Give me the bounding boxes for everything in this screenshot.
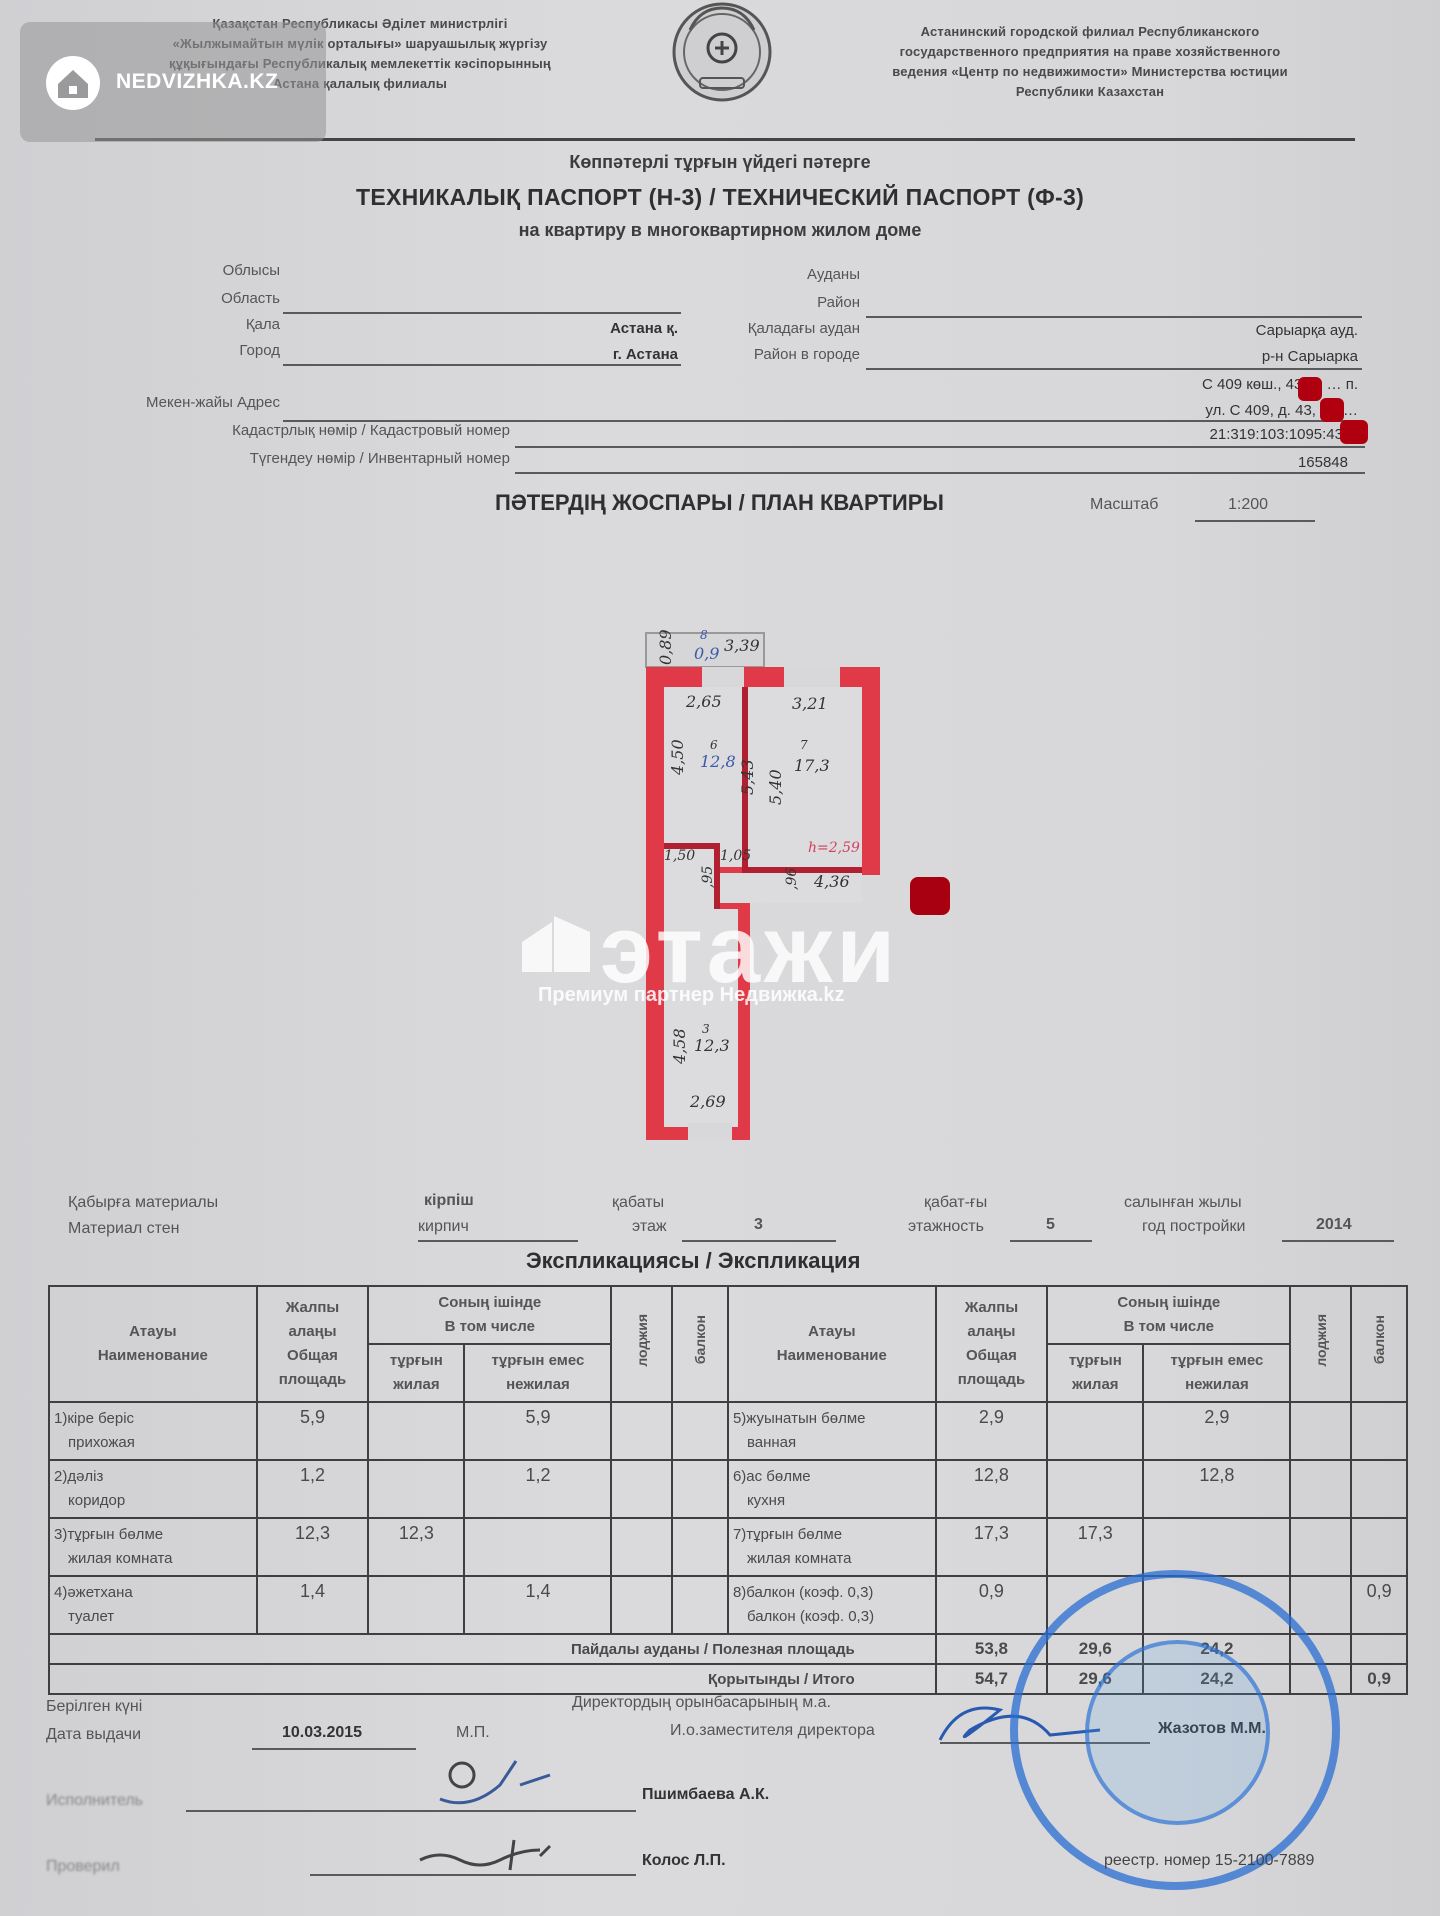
city-underline [283, 364, 681, 366]
raion-ru-label: Район [700, 294, 860, 311]
cell-total: 0,9 [936, 1576, 1047, 1634]
floors-kz-label: қабат-ғы [924, 1194, 987, 1212]
cell-total: 12,8 [936, 1460, 1047, 1518]
header-living: тұрғынжилая [1047, 1344, 1143, 1402]
cell-balcony [672, 1402, 728, 1460]
city-value-kz: Астана қ. [480, 320, 678, 337]
header-balcony: балкон [1351, 1286, 1407, 1402]
deputy-ru-label: И.о.заместителя директора [670, 1722, 875, 1740]
year-ru-label: год постройки [1142, 1218, 1245, 1236]
dim-kitchen-left: 4,50 [668, 739, 687, 775]
redaction-mark [1340, 420, 1368, 444]
room-name-ru: кухня [733, 1489, 931, 1513]
scale-label: Масштаб [1090, 496, 1158, 514]
room-name-kz: 8)балкон (коэф. 0,3) [733, 1581, 931, 1605]
useful-area-label: Пайдалы ауданы / Полезная площадь [49, 1634, 936, 1664]
room-no-balcony: 8 [700, 628, 708, 642]
cell-balcony [1351, 1402, 1407, 1460]
wall-material-value-kz: кірпіш [424, 1192, 474, 1210]
dim-kitchen-right: 5,43 [738, 759, 757, 795]
dim-room7-width: 3,21 [792, 694, 828, 713]
wall-material-ru-label: Материал стен [68, 1220, 180, 1238]
registry-number: реестр. номер 15-2100-7889 [1104, 1852, 1314, 1870]
header-name: АтауыНаименование [49, 1286, 257, 1402]
cell-balcony [1351, 1460, 1407, 1518]
table-row: 1)кіре берісприхожая5,95,95)жуынатын бөл… [49, 1402, 1407, 1460]
cell-loggia [1290, 1460, 1351, 1518]
plan-title: ПӘТЕРДІҢ ЖОСПАРЫ / ПЛАН КВАРТИРЫ [495, 490, 944, 516]
org-line: Астанинский городской филиал Республикан… [830, 22, 1350, 42]
room-name-ru: жилая комната [733, 1547, 931, 1571]
room-name-ru: ванная [733, 1431, 931, 1455]
cell-living: 12,3 [368, 1518, 464, 1576]
area-kitchen: 12,8 [700, 752, 736, 771]
grand-total-balcony: 0,9 [1351, 1664, 1407, 1694]
executor-label: Исполнитель [46, 1792, 143, 1810]
area-room3: 12,3 [694, 1036, 730, 1055]
cell-balcony [1351, 1518, 1407, 1576]
cell-total: 2,9 [936, 1402, 1047, 1460]
city-kz-label: Қала [130, 316, 280, 333]
room-name-ru: коридор [54, 1489, 252, 1513]
header-living: тұрғынжилая [368, 1344, 464, 1402]
cell-nonliving: 2,9 [1143, 1402, 1290, 1460]
room-name-cell: 4)әжетханатуалет [49, 1576, 257, 1634]
city-district-ru-label: Район в городе [690, 346, 860, 363]
room-no-kitchen: 6 [710, 738, 718, 752]
room-name-ru: туалет [54, 1605, 252, 1629]
city-district-value-ru: р-н Сарыарка [1100, 348, 1358, 365]
cell-balcony: 0,9 [1351, 1576, 1407, 1634]
area-balcony: 0,9 [694, 644, 719, 663]
address-value-ru: ул. С 409, д. 43, кв. … [980, 402, 1358, 419]
inventory-underline [515, 472, 1365, 474]
redaction-mark [1320, 398, 1344, 422]
executor-name: Пшимбаева А.К. [642, 1786, 769, 1804]
document-page: Қазақстан Республикасы Әділет министрліг… [0, 0, 1440, 1916]
dim-bath-width: 1,50 [664, 848, 695, 864]
year-underline [1282, 1240, 1394, 1242]
signature-executor-icon [420, 1755, 620, 1815]
wall-material-underline [418, 1240, 578, 1242]
room-name-kz: 1)кіре беріс [54, 1407, 252, 1431]
dim-hall-depth: ,96 [784, 868, 800, 890]
checker-name: Колос Л.П. [642, 1852, 726, 1870]
city-district-underline [866, 368, 1362, 370]
year-kz-label: салынған жылы [1124, 1194, 1242, 1212]
org-line: государственного предприятия на праве хо… [830, 42, 1350, 62]
site-watermark-text: NEDVIZHKA.KZ [116, 70, 278, 94]
useful-area-balcony [1351, 1634, 1407, 1664]
cell-balcony [672, 1576, 728, 1634]
issue-date-kz-label: Берілген күні [46, 1698, 142, 1716]
dim-hall-length: 4,36 [814, 872, 850, 891]
room-name-cell: 8)балкон (коэф. 0,3)балкон (коэф. 0,3) [728, 1576, 936, 1634]
dim-room7-length: 5,40 [766, 769, 785, 805]
header-including: Соның ішіндеВ том числе [368, 1286, 611, 1344]
header-name: АтауыНаименование [728, 1286, 936, 1402]
cell-living [368, 1576, 464, 1634]
cell-total: 17,3 [936, 1518, 1047, 1576]
cell-loggia [611, 1460, 672, 1518]
document-title: ТЕХНИКАЛЫҚ ПАСПОРТ (Н-3) / ТЕХНИЧЕСКИЙ П… [200, 184, 1240, 211]
org-line: Республики Казахстан [830, 82, 1350, 102]
inventory-label: Түгендеу нөмір / Инвентарный номер [100, 450, 510, 467]
room-name-kz: 4)әжетхана [54, 1581, 252, 1605]
dim-corridor-width: 1,05 [720, 848, 751, 864]
cell-total: 12,3 [257, 1518, 368, 1576]
header-right-org: Астанинский городской филиал Республикан… [830, 22, 1350, 102]
raion-underline [866, 316, 1362, 318]
cell-living [368, 1460, 464, 1518]
header-nonliving: тұрғын емеснежилая [1143, 1344, 1290, 1402]
wall-material-value-ru: кирпич [418, 1218, 469, 1236]
grand-total-label: Қорытынды / Итого [49, 1664, 936, 1694]
address-label: Мекен-жайы Адрес [60, 394, 280, 411]
cell-living [1047, 1402, 1143, 1460]
brand-watermark-subtext: Премиум партнер Недвижка.kz [538, 984, 845, 1007]
room-name-cell: 1)кіре берісприхожая [49, 1402, 257, 1460]
room-name-cell: 2)дәлізкоридор [49, 1460, 257, 1518]
floors-value: 5 [1046, 1216, 1055, 1234]
building-icon [522, 912, 592, 972]
room-name-cell: 3)тұрғын бөлмежилая комната [49, 1518, 257, 1576]
signature-checker-icon [400, 1830, 600, 1880]
cell-nonliving [464, 1518, 611, 1576]
cadastral-underline [515, 446, 1365, 448]
floors-underline [1010, 1240, 1092, 1242]
org-line: ведения «Центр по недвижимости» Министер… [830, 62, 1350, 82]
oblast-ru-label: Область [130, 290, 280, 307]
room-name-ru: прихожая [54, 1431, 252, 1455]
stamp-emblem [1085, 1640, 1270, 1825]
cell-nonliving: 5,9 [464, 1402, 611, 1460]
redaction-mark [1298, 377, 1322, 401]
header-total-area: ЖалпыалаңыОбщаяплощадь [936, 1286, 1047, 1402]
room-name-kz: 7)тұрғын бөлме [733, 1523, 931, 1547]
cell-nonliving: 1,2 [464, 1460, 611, 1518]
dim-room3-width: 2,69 [690, 1092, 726, 1111]
room-name-kz: 6)ас бөлме [733, 1465, 931, 1489]
cell-balcony [672, 1460, 728, 1518]
room-no-3: 3 [702, 1022, 710, 1036]
inventory-value: 165848 [1000, 454, 1348, 471]
floor-value: 3 [754, 1216, 763, 1234]
cell-nonliving [1143, 1518, 1290, 1576]
cell-nonliving: 1,4 [464, 1576, 611, 1634]
title-kz: Көппәтерлі тұрғын үйдегі пәтерге [320, 152, 1120, 173]
dim-bath-length: ,95 [700, 866, 716, 888]
dim-room3-length: 4,58 [670, 1028, 689, 1064]
audany-kz-label: Ауданы [700, 266, 860, 283]
floors-ru-label: этажность [908, 1218, 984, 1236]
stamp-place-label: М.П. [456, 1724, 490, 1742]
ceiling-height: h=2,59 [808, 840, 860, 856]
cell-balcony [672, 1518, 728, 1576]
city-value-ru: г. Астана [480, 346, 678, 363]
house-icon [46, 56, 100, 110]
cell-living [1047, 1460, 1143, 1518]
header-including: Соның ішіндеВ том числе [1047, 1286, 1290, 1344]
cell-total: 1,4 [257, 1576, 368, 1634]
room-name-kz: 3)тұрғын бөлме [54, 1523, 252, 1547]
scale-underline [1195, 520, 1315, 522]
area-room7: 17,3 [794, 756, 830, 775]
room-no-7: 7 [800, 738, 808, 752]
room-name-ru: балкон (коэф. 0,3) [733, 1605, 931, 1629]
issue-date-value: 10.03.2015 [282, 1724, 362, 1742]
cell-loggia [611, 1576, 672, 1634]
cell-living [368, 1402, 464, 1460]
issue-date-underline [252, 1748, 416, 1750]
kazakhstan-emblem-icon [660, 0, 785, 105]
header-nonliving: тұрғын емеснежилая [464, 1344, 611, 1402]
cadastral-label: Кадастрлық нөмір / Кадастровый номер [100, 422, 510, 439]
room-name-kz: 5)жуынатын бөлме [733, 1407, 931, 1431]
deputy-kz-label: Директордың орынбасарының м.а. [572, 1694, 831, 1712]
cell-loggia [611, 1402, 672, 1460]
city-ru-label: Город [130, 342, 280, 359]
oblast-kz-label: Облысы [130, 262, 280, 279]
floor-ru-label: этаж [632, 1218, 667, 1236]
explication-title: Экспликациясы / Экспликация [526, 1248, 860, 1274]
room-name-ru: жилая комната [54, 1547, 252, 1571]
cell-total: 5,9 [257, 1402, 368, 1460]
dim-kitchen-width: 2,65 [686, 692, 722, 711]
table-row: 2)дәлізкоридор1,21,26)ас бөлмекухня12,81… [49, 1460, 1407, 1518]
dim-balcony-depth: 0,89 [656, 629, 675, 665]
cell-loggia [1290, 1518, 1351, 1576]
floor-kz-label: қабаты [612, 1194, 664, 1212]
header-loggia: лоджия [611, 1286, 672, 1402]
issue-date-ru-label: Дата выдачи [46, 1726, 141, 1744]
floor-underline [682, 1240, 836, 1242]
wall-material-kz-label: Қабырға материалы [68, 1194, 218, 1212]
table-row: 3)тұрғын бөлмежилая комната12,312,37)тұр… [49, 1518, 1407, 1576]
cell-total: 1,2 [257, 1460, 368, 1518]
cell-loggia [611, 1518, 672, 1576]
header-balcony: балкон [672, 1286, 728, 1402]
scale-value: 1:200 [1228, 496, 1268, 514]
year-value: 2014 [1316, 1216, 1352, 1234]
dim-balcony-length: 3,39 [724, 636, 760, 655]
table-header-row: АтауыНаименование ЖалпыалаңыОбщаяплощадь… [49, 1286, 1407, 1344]
oblast-underline [283, 312, 681, 314]
room-name-cell: 6)ас бөлмекухня [728, 1460, 936, 1518]
city-district-value-kz: Сарыарқа ауд. [1100, 322, 1358, 339]
room-name-cell: 5)жуынатын бөлмеванная [728, 1402, 936, 1460]
cell-nonliving: 12,8 [1143, 1460, 1290, 1518]
checker-label: Проверил [46, 1858, 120, 1876]
header-total-area: ЖалпыалаңыОбщаяплощадь [257, 1286, 368, 1402]
cadastral-value: 21:319:103:1095:43… [1000, 426, 1358, 443]
city-district-kz-label: Қаладағы аудан [690, 320, 860, 337]
room-name-cell: 7)тұрғын бөлмежилая комната [728, 1518, 936, 1576]
header-loggia: лоджия [1290, 1286, 1351, 1402]
title-subtitle: на квартиру в многоквартирном жилом доме [320, 220, 1120, 241]
cell-living: 17,3 [1047, 1518, 1143, 1576]
room-name-kz: 2)дәліз [54, 1465, 252, 1489]
cell-loggia [1290, 1402, 1351, 1460]
